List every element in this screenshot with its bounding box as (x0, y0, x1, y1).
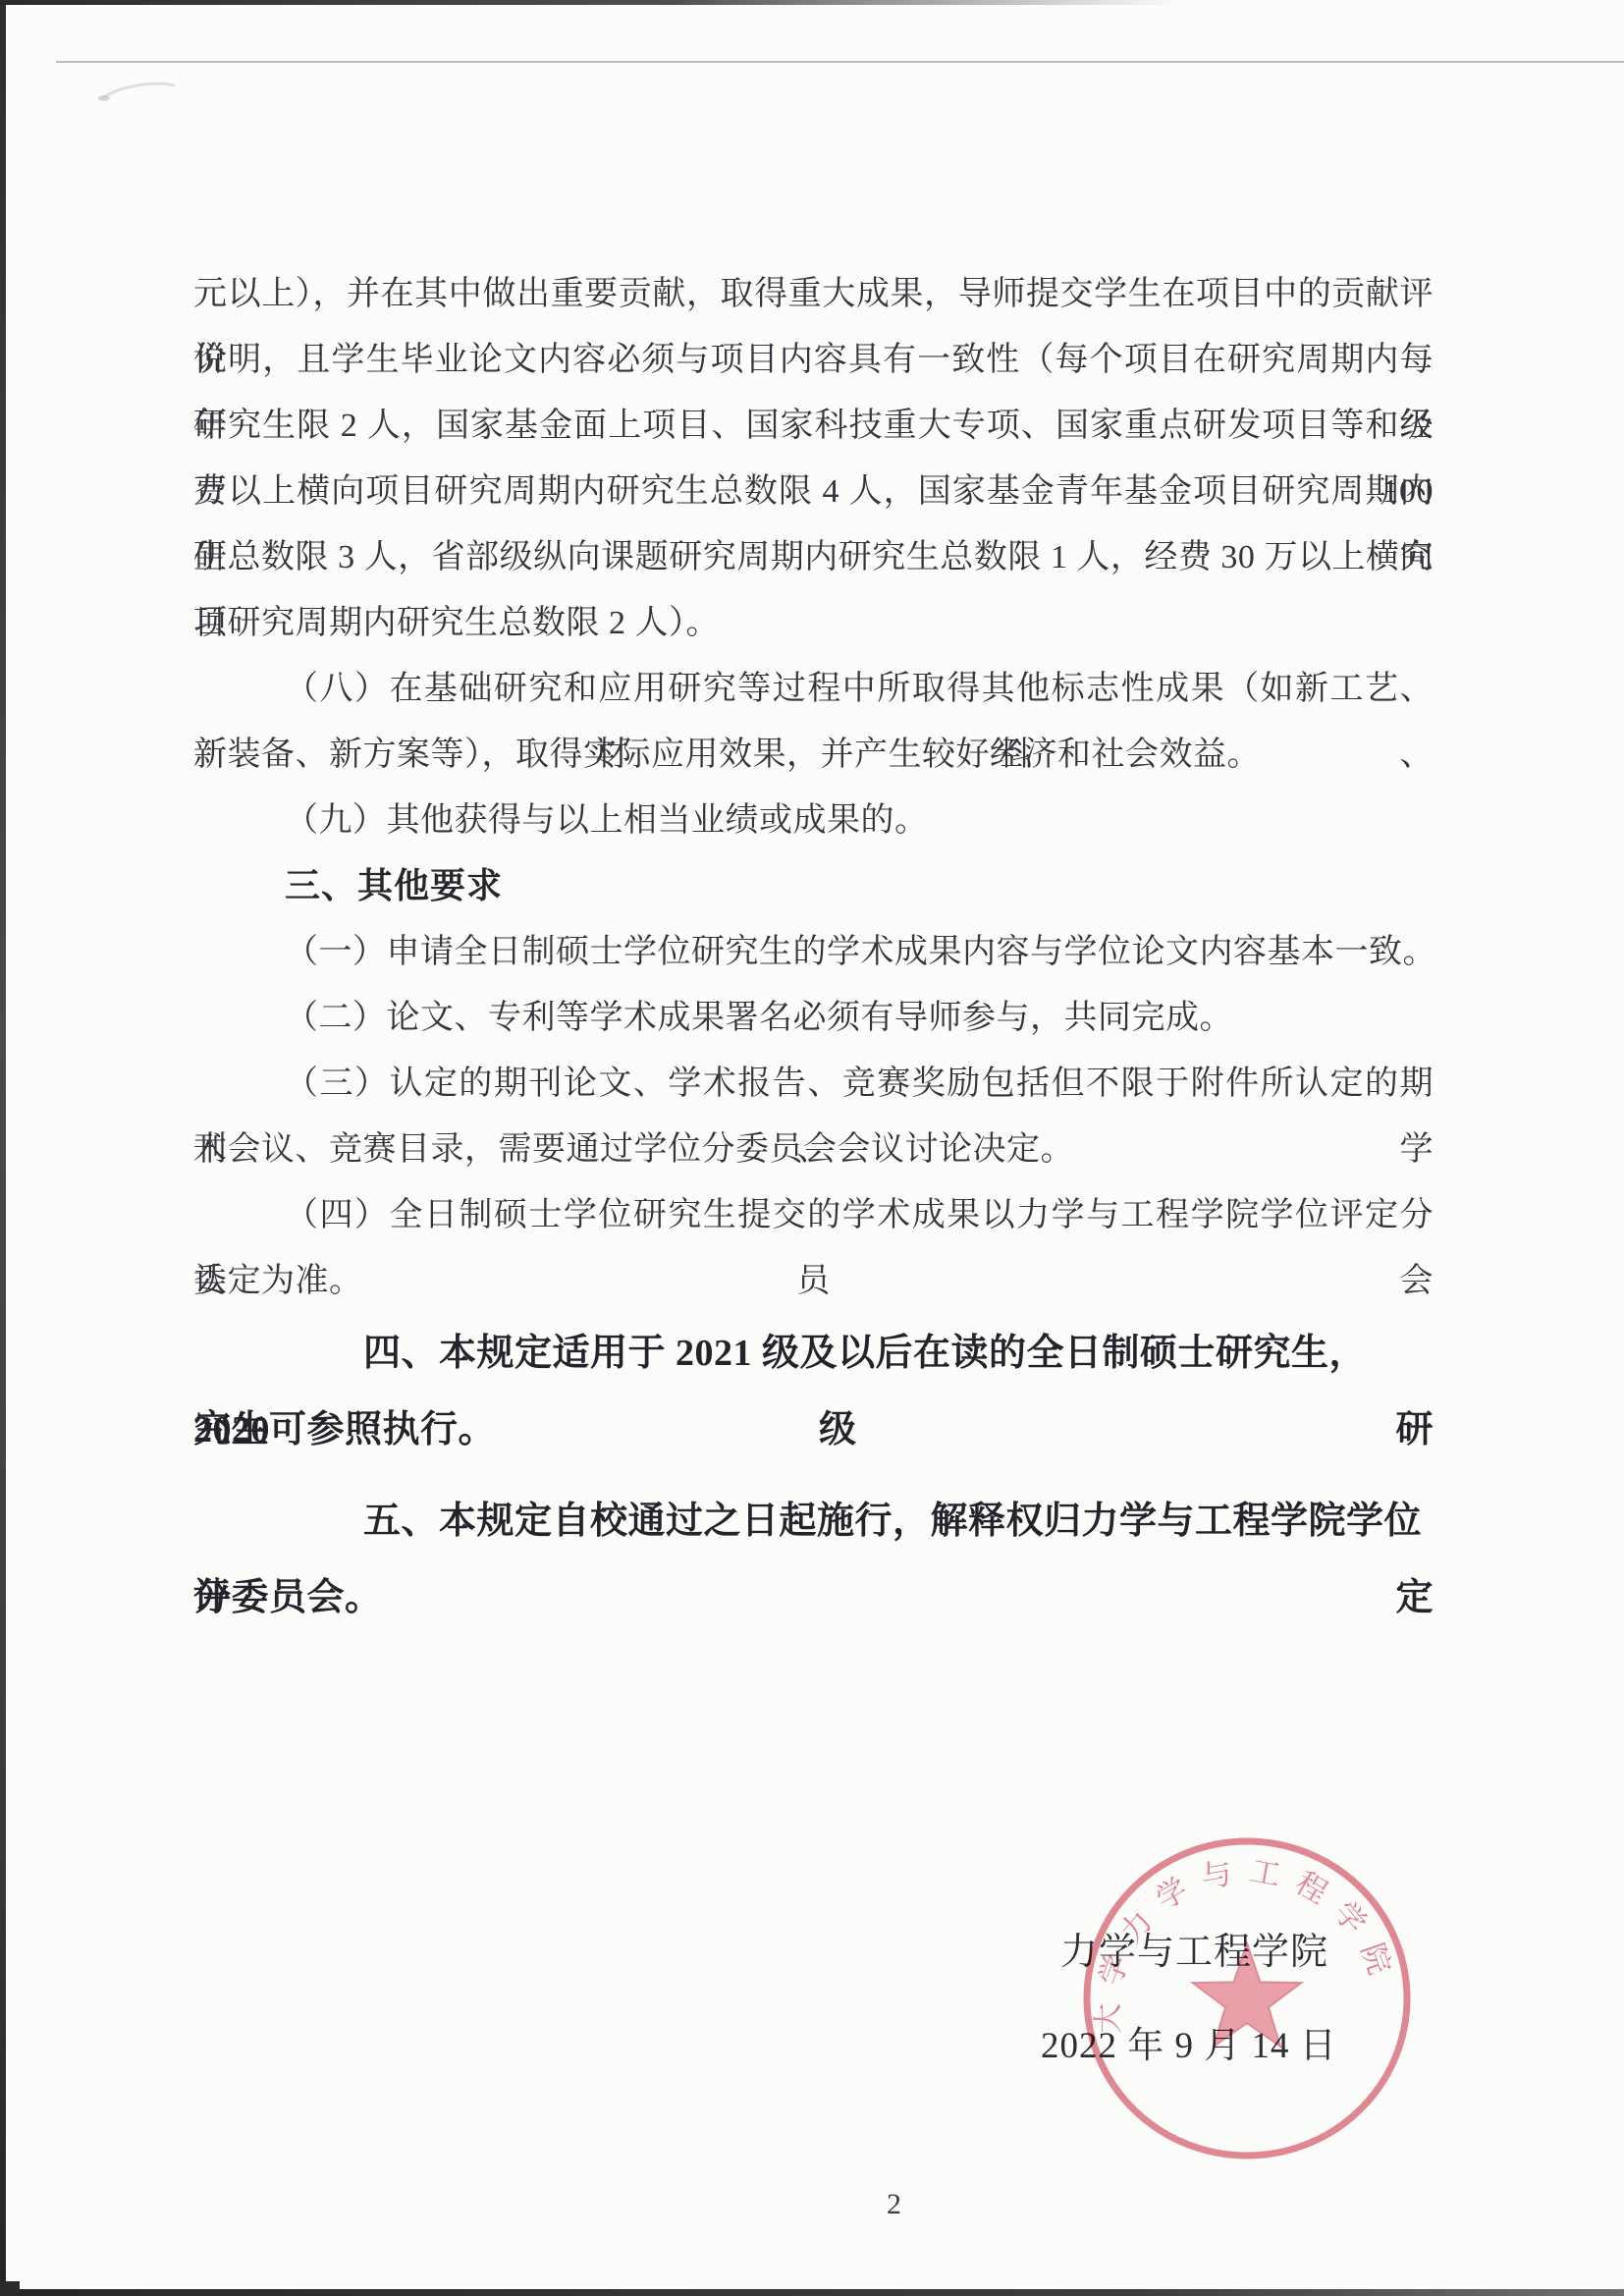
body-line: 研究生限 2 人，国家基金面上项目、国家科技重大专项、国家重点研发项目等和经费 … (193, 393, 1434, 459)
body-line: 万以上横向项目研究周期内研究生总数限 4 人，国家基金青年基金项目研究周期内研究 (193, 459, 1434, 524)
clause-5-line: 五、本规定自校通过之日起施行，解释权归力学与工程学院学位评定 (193, 1483, 1434, 1559)
official-seal: 大学力学与工程学院 (1078, 1833, 1416, 2167)
body-line-item-9: （九）其他获得与以上相当业绩或成果的。 (193, 788, 1434, 853)
scan-edge-bottom (0, 2289, 1624, 2296)
body-line: 说明，且学生毕业论文内容必须与项目内容具有一致性（每个项目在研究周期内每年级 (193, 327, 1434, 393)
body-line-item-3: （三）认定的期刊论文、学术报告、竞赛奖励包括但不限于附件所认定的期刊、学 (193, 1051, 1434, 1117)
body-line: 目研究周期内研究生总数限 2 人）。 (193, 590, 1434, 656)
body-line: 生总数限 3 人，省部级纵向课题研究周期内研究生总数限 1 人，经费 30 万以… (193, 524, 1434, 590)
page-number: 2 (887, 2188, 901, 2221)
scan-smudge (84, 69, 212, 118)
section-heading-3: 三、其他要求 (193, 853, 1434, 919)
scanned-document-page: 元以上），并在其中做出重要贡献，取得重大成果，导师提交学生在项目中的贡献评价 说… (0, 0, 1624, 2296)
body-line-item-8: （八）在基础研究和应用研究等过程中所取得其他标志性成果（如新工艺、新材料、 (193, 656, 1434, 722)
body-line: 元以上），并在其中做出重要贡献，取得重大成果，导师提交学生在项目中的贡献评价 (193, 261, 1434, 327)
scan-edge-top (0, 0, 1227, 5)
body-line-item-1: （一）申请全日制硕士学位研究生的学术成果内容与学位论文内容基本一致。 (193, 919, 1434, 985)
scan-edge-left (0, 0, 6, 2296)
body-line: 新装备、新方案等），取得实际应用效果，并产生较好经济和社会效益。 (193, 722, 1434, 788)
clause-4-line: 四、本规定适用于 2021 级及以后在读的全日制硕士研究生，2020 级研 (193, 1315, 1434, 1392)
star-icon (1193, 1943, 1301, 2047)
body-line-item-2: （二）论文、专利等学术成果署名必须有导师参与，共同完成。 (193, 985, 1434, 1051)
body-line-item-4: （四）全日制硕士学位研究生提交的学术成果以力学与工程学院学位评定分委员会 (193, 1182, 1434, 1248)
closing-clauses: 四、本规定适用于 2021 级及以后在读的全日制硕士研究生，2020 级研 究生… (193, 1315, 1434, 1636)
document-body: 元以上），并在其中做出重要贡献，取得重大成果，导师提交学生在项目中的贡献评价 说… (193, 261, 1434, 1314)
header-rule (56, 61, 1624, 63)
scan-corner-artifact (0, 2281, 20, 2296)
